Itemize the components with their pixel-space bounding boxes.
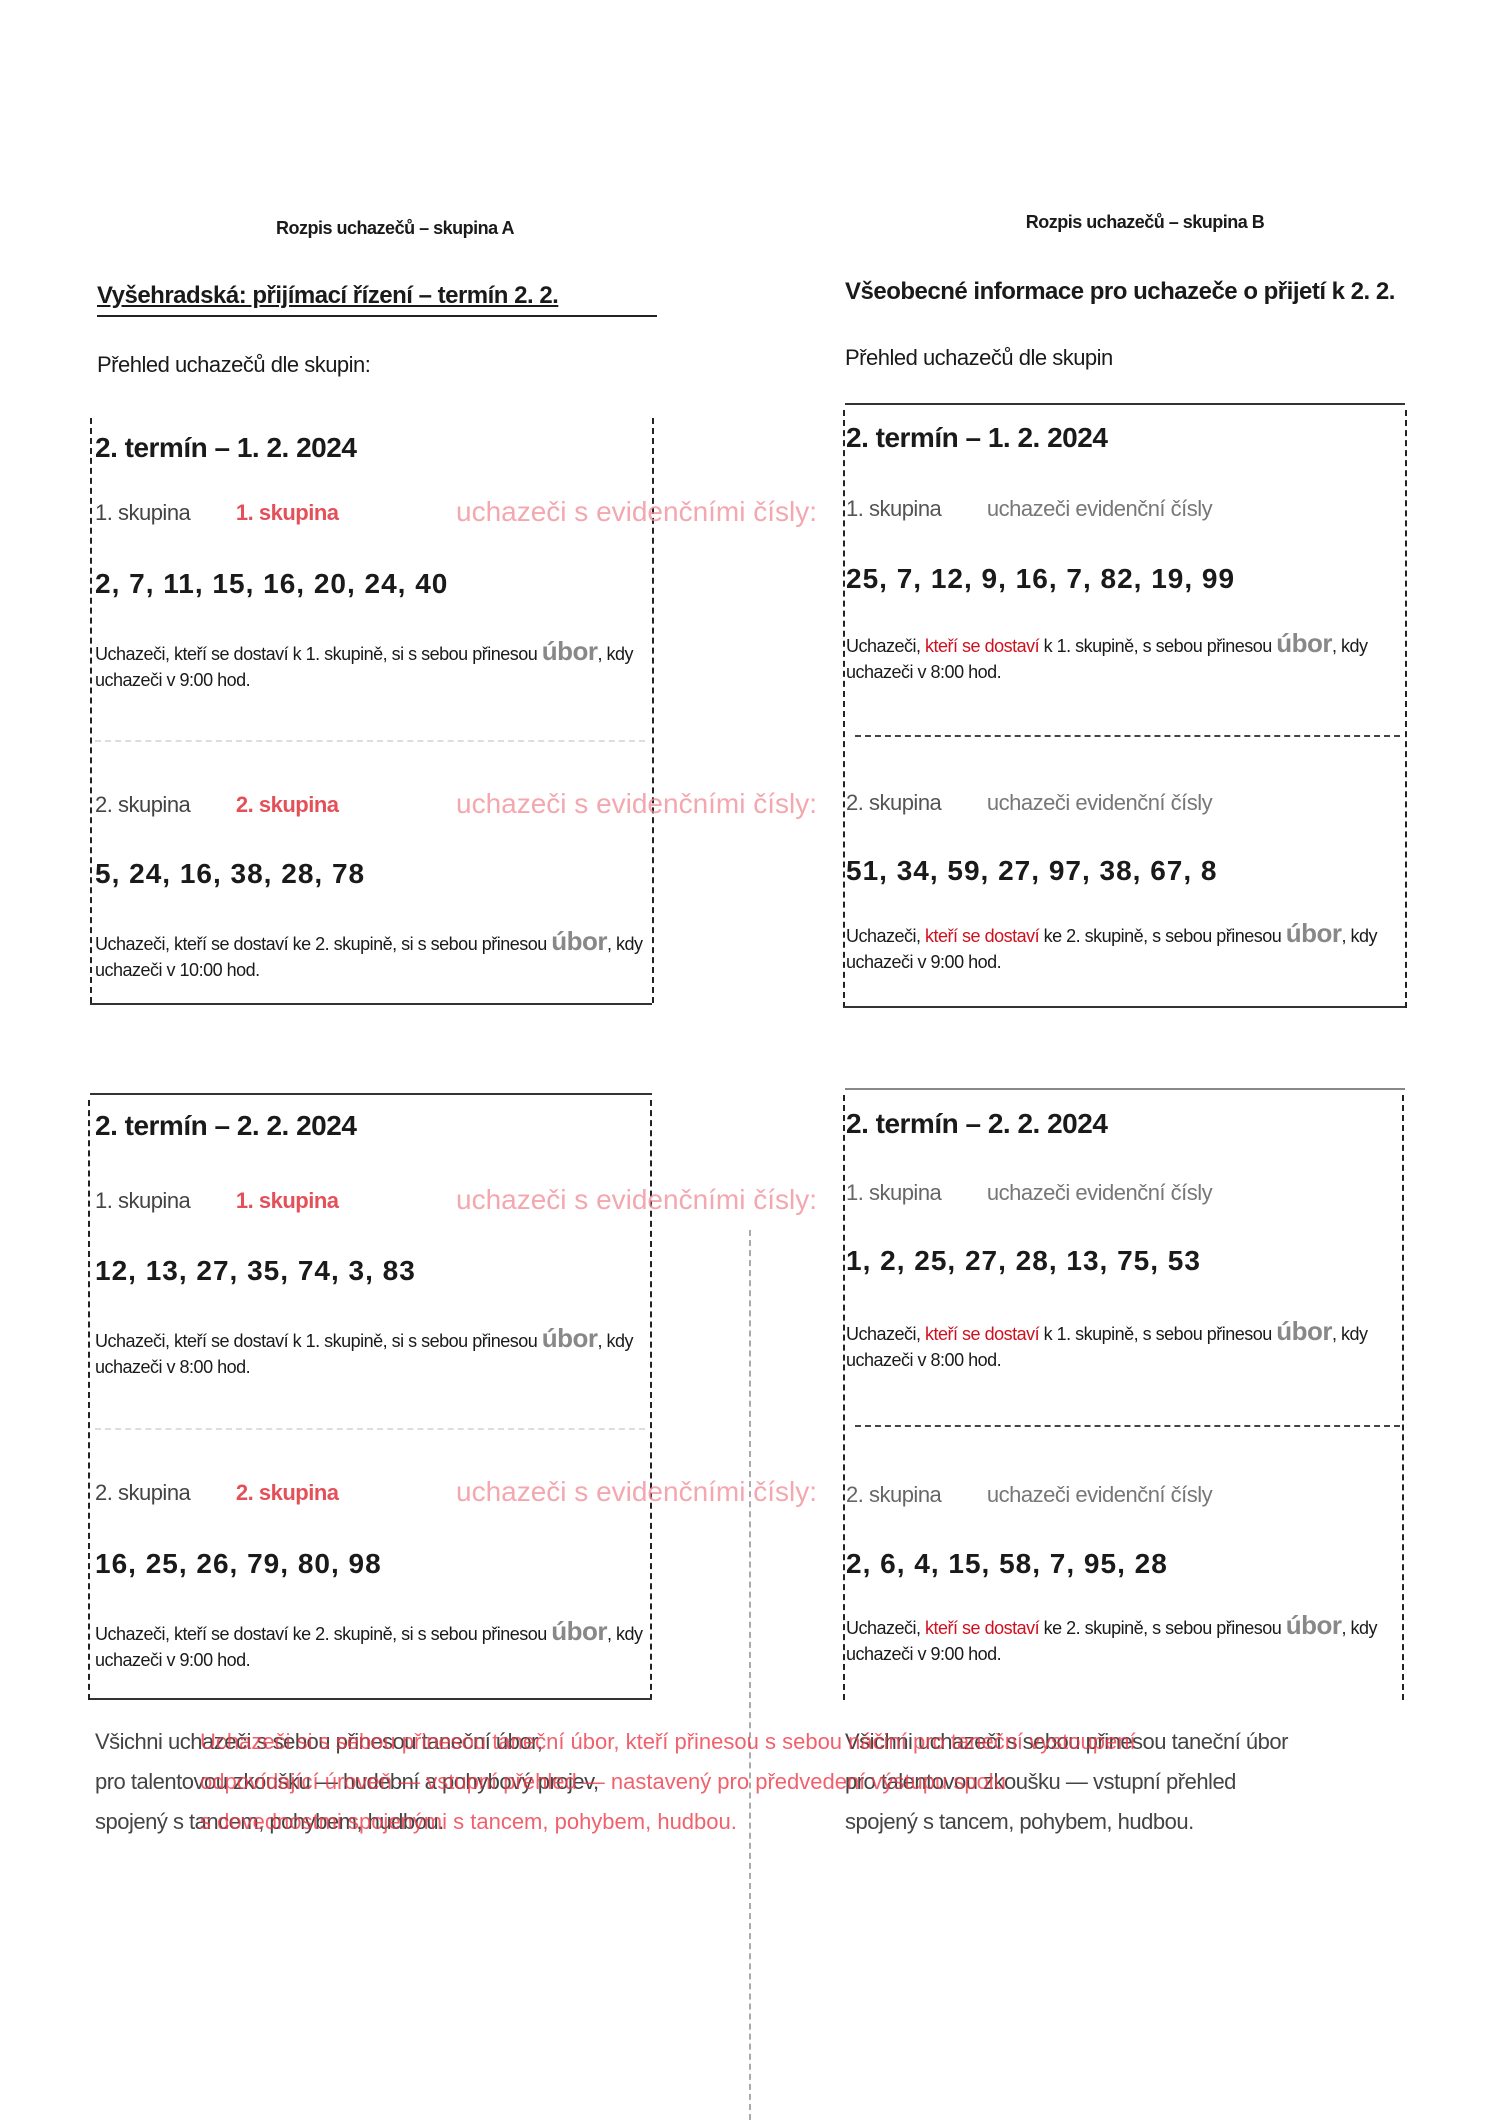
group-label: 1. skupina <box>95 500 190 525</box>
right-heading: Všeobecné informace pro uchazeče o přije… <box>845 278 1405 306</box>
right-subtext: Přehled uchazečů dle skupin <box>845 345 1113 371</box>
left-box-1-group-2-numbers: 5, 24, 16, 38, 28, 78 <box>95 858 365 890</box>
left-box-1-group-1-numbers: 2, 7, 11, 15, 16, 20, 24, 40 <box>95 568 448 600</box>
right-box-2-group-1-numbers: 1, 2, 25, 27, 28, 13, 75, 53 <box>846 1245 1201 1277</box>
right-box-1-bottom-rule <box>843 1006 1405 1008</box>
right-box-1-group-2-numbers: 51, 34, 59, 27, 97, 38, 67, 8 <box>846 855 1218 887</box>
left-box-1-title: 2. termín – 1. 2. 2024 <box>95 432 356 464</box>
left-box-2-group-1-caption: uchazeči s evidenčními čísly: <box>456 1184 817 1216</box>
group-label-red: 1. skupina <box>236 500 339 525</box>
right-box-1-group-1-desc: Uchazeči, kteří se dostaví k 1. skupině,… <box>846 630 1401 685</box>
right-box-2-top-rule <box>845 1088 1405 1090</box>
right-box-1-title: 2. termín – 1. 2. 2024 <box>846 422 1107 454</box>
center-cut-line <box>749 1230 751 2120</box>
left-box-1-group-2-label: 2. skupina 2. skupina <box>95 792 339 818</box>
left-box-1-group-1-caption: uchazeči s evidenčními čísly: <box>456 496 817 528</box>
left-box-2-group-2-label: 2. skupina 2. skupina <box>95 1480 339 1506</box>
left-box-1-group-1-desc: Uchazeči, kteří se dostaví k 1. skupině,… <box>95 638 655 693</box>
left-box-2-group-2-numbers: 16, 25, 26, 79, 80, 98 <box>95 1548 382 1580</box>
right-top-title: Rozpis uchazečů – skupina B <box>935 212 1355 233</box>
left-box-1-group-2-desc: Uchazeči, kteří se dostaví ke 2. skupině… <box>95 928 655 983</box>
left-box-2-group-2-caption: uchazeči s evidenčními čísly: <box>456 1476 817 1508</box>
right-box-1-group-2-desc: Uchazeči, kteří se dostaví ke 2. skupině… <box>846 920 1401 975</box>
left-box-2-group-1-label: 1. skupina 1. skupina <box>95 1188 339 1214</box>
right-box-1-top-rule <box>845 403 1405 405</box>
left-box-2-top-rule <box>90 1093 652 1095</box>
left-box-1-divider <box>95 740 645 742</box>
left-subtext: Přehled uchazečů dle skupin: <box>97 352 370 378</box>
left-box-2-title: 2. termín – 2. 2. 2024 <box>95 1110 356 1142</box>
red-overlay-text: Uchazeči si s sebou přinesou taneční úbo… <box>200 1722 1400 1842</box>
left-box-2-divider <box>95 1428 645 1430</box>
right-box-2-group-2-label: 2. skupina uchazeči evidenční čísly <box>846 1482 1212 1508</box>
right-box-2-group-1-label: 1. skupina uchazeči evidenční čísly <box>846 1180 1212 1206</box>
left-box-1-bottom-rule <box>90 1003 652 1005</box>
left-box-2-group-1-numbers: 12, 13, 27, 35, 74, 3, 83 <box>95 1255 416 1287</box>
left-box-1-group-2-caption: uchazeči s evidenčními čísly: <box>456 788 817 820</box>
right-box-2-group-2-numbers: 2, 6, 4, 15, 58, 7, 95, 28 <box>846 1548 1168 1580</box>
left-box-1-group-1-label: 1. skupina 1. skupina <box>95 500 339 526</box>
right-box-2-divider <box>855 1425 1400 1427</box>
left-heading: Vyšehradská: přijímací řízení – termín 2… <box>97 282 657 310</box>
right-box-1-group-2-label: 2. skupina uchazeči evidenční čísly <box>846 790 1212 816</box>
right-box-1-group-1-numbers: 25, 7, 12, 9, 16, 7, 82, 19, 99 <box>846 563 1235 595</box>
right-box-1-group-1-label: 1. skupina uchazeči evidenční čísly <box>846 496 1212 522</box>
right-box-2-group-2-desc: Uchazeči, kteří se dostaví ke 2. skupině… <box>846 1612 1401 1667</box>
right-box-1-divider <box>855 735 1400 737</box>
left-top-title: Rozpis uchazečů – skupina A <box>185 218 605 239</box>
left-heading-rule <box>97 315 657 317</box>
left-box-2-bottom-rule <box>90 1698 652 1700</box>
right-box-2-group-1-desc: Uchazeči, kteří se dostaví k 1. skupině,… <box>846 1318 1401 1373</box>
left-box-2-group-1-desc: Uchazeči, kteří se dostaví k 1. skupině,… <box>95 1325 655 1380</box>
right-box-2-title: 2. termín – 2. 2. 2024 <box>846 1108 1107 1140</box>
left-box-2-group-2-desc: Uchazeči, kteří se dostaví ke 2. skupině… <box>95 1618 655 1673</box>
